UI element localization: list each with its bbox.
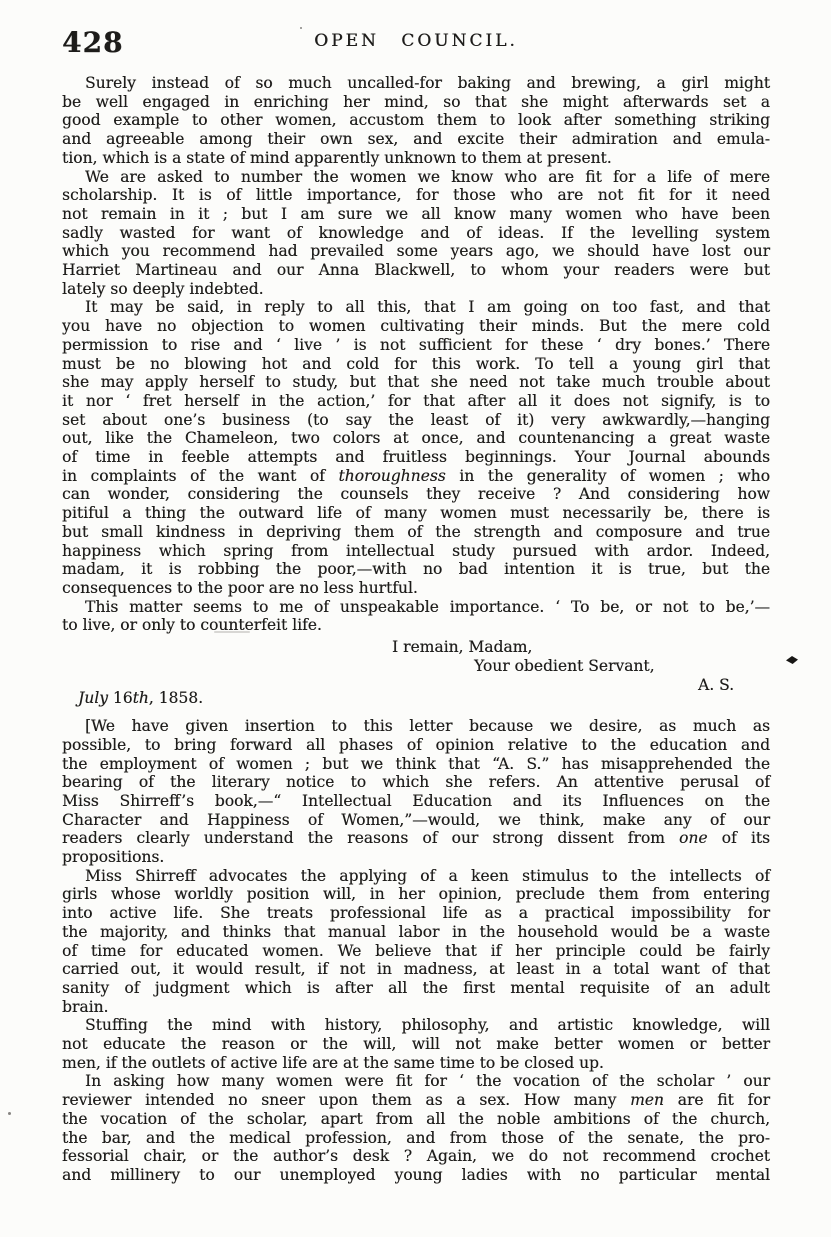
paragraph: This matter seems to me of unspeakable i… <box>62 598 770 635</box>
page-header: 428 OPEN COUNCIL. <box>0 0 831 74</box>
italic-text: thoroughness <box>338 467 445 485</box>
text-line: carried out, it would result, if not in … <box>62 960 770 979</box>
text-line: In asking how many women were fit for ‘ … <box>62 1072 770 1091</box>
paragraph: Surely instead of so much uncalled-for b… <box>62 74 770 168</box>
closing-salutation: I remain, Madam, <box>392 638 770 657</box>
text-line: madam, it is robbing the poor,—with no b… <box>62 560 770 579</box>
text-line: This matter seems to me of unspeakable i… <box>62 598 770 617</box>
text-line: consequences to the poor are no less hur… <box>62 579 770 598</box>
text-line: not educate the reason or the will, will… <box>62 1035 770 1054</box>
text-run: in complaints of the want of <box>62 467 338 485</box>
text-line: reviewer intended no sneer upon them as … <box>62 1091 770 1110</box>
dateline: July 16th, 1858. <box>78 689 770 708</box>
paragraph: In asking how many women were fit for ‘ … <box>62 1072 770 1184</box>
scan-speck <box>300 27 302 29</box>
text-run: of its <box>708 829 770 847</box>
text-run: , 1858. <box>149 689 203 707</box>
text-line: sanity of judgment which is after all th… <box>62 979 770 998</box>
text-line: Character and Happiness of Women,”—would… <box>62 811 770 830</box>
scanned-page: 428 OPEN COUNCIL. Surely instead of so m… <box>0 0 831 1237</box>
italic-text: one <box>679 829 708 847</box>
text-line: into active life. She treats professiona… <box>62 904 770 923</box>
text-line: brain. <box>62 998 770 1017</box>
text-line: permission to rise and ‘ live ’ is not s… <box>62 336 770 355</box>
paragraph: It may be said, in reply to all this, th… <box>62 298 770 597</box>
text-line: tion, which is a state of mind apparentl… <box>62 149 770 168</box>
text-line: but small kindness in depriving them of … <box>62 523 770 542</box>
text-line: bearing of the literary notice to which … <box>62 773 770 792</box>
text-line: not remain in it ; but I am sure we all … <box>62 205 770 224</box>
text-line: of time for educated women. We believe t… <box>62 942 770 961</box>
running-title: OPEN COUNCIL. <box>62 31 770 51</box>
italic-text: men <box>630 1091 664 1109</box>
editor-note: [We have given insertion to this letter … <box>62 717 770 1185</box>
text-line: lately so deeply indebted. <box>62 280 770 299</box>
italic-text: July <box>78 689 108 707</box>
letter-body: Surely instead of so much uncalled-for b… <box>62 74 770 635</box>
text-run: 16 <box>108 689 133 707</box>
text-line: you have no objection to women cultivati… <box>62 317 770 336</box>
text-line: and millinery to our unemployed young la… <box>62 1166 770 1185</box>
text-line: possible, to bring forward all phases of… <box>62 736 770 755</box>
scan-speck <box>8 1112 11 1115</box>
text-line: and agreeable among their own sex, and e… <box>62 130 770 149</box>
closing-valediction: Your obedient Servant, <box>474 657 770 676</box>
text-line: men, if the outlets of active life are a… <box>62 1054 770 1073</box>
text-line: It may be said, in reply to all this, th… <box>62 298 770 317</box>
text-line: be well engaged in enriching her mind, s… <box>62 93 770 112</box>
text-line: the bar, and the medical profession, and… <box>62 1129 770 1148</box>
text-line: Miss Shirreff advocates the applying of … <box>62 867 770 886</box>
text-line: of time in feeble attempts and fruitless… <box>62 448 770 467</box>
text-line: scholarship. It is of little importance,… <box>62 186 770 205</box>
text-line: in complaints of the want of thoroughnes… <box>62 467 770 486</box>
text-line: she may apply herself to study, but that… <box>62 373 770 392</box>
text-run: reviewer intended no sneer upon them as … <box>62 1091 630 1109</box>
text-line: which you recommend had prevailed some y… <box>62 242 770 261</box>
paragraph: Stuffing the mind with history, philosop… <box>62 1016 770 1072</box>
scan-speck <box>214 631 250 633</box>
paragraph: We are asked to number the women we know… <box>62 168 770 299</box>
text-line: [We have given insertion to this letter … <box>62 717 770 736</box>
text-line: Miss Shirreff’s book,—“ Intellectual Edu… <box>62 792 770 811</box>
text-line: can wonder, considering the counsels the… <box>62 485 770 504</box>
text-line: propositions. <box>62 848 770 867</box>
text-line: We are asked to number the women we know… <box>62 168 770 187</box>
text-line: Surely instead of so much uncalled-for b… <box>62 74 770 93</box>
text-line: must be no blowing hot and cold for this… <box>62 355 770 374</box>
text-line: it nor ‘ fret herself in the action,’ fo… <box>62 392 770 411</box>
paragraph: Miss Shirreff advocates the applying of … <box>62 867 770 1017</box>
text-run: in the generality of women ; who <box>446 467 770 485</box>
text-line: out, like the Chameleon, two colors at o… <box>62 429 770 448</box>
text-line: girls whose worldly position will, in he… <box>62 885 770 904</box>
text-line: fessorial chair, or the author’s desk ? … <box>62 1147 770 1166</box>
text-line: good example to other women, accustom th… <box>62 111 770 130</box>
text-column: Surely instead of so much uncalled-for b… <box>62 74 770 1185</box>
text-line: sadly wasted for want of knowledge and o… <box>62 224 770 243</box>
text-line: Harriet Martineau and our Anna Blackwell… <box>62 261 770 280</box>
text-line: the vocation of the scholar, apart from … <box>62 1110 770 1129</box>
text-line: the employment of women ; but we think t… <box>62 755 770 774</box>
text-line: the majority, and thinks that manual lab… <box>62 923 770 942</box>
text-line: to live, or only to counterfeit life. <box>62 616 770 635</box>
italic-text: th <box>133 689 149 707</box>
text-line: pitiful a thing the outward life of many… <box>62 504 770 523</box>
text-run: are fit for <box>664 1091 770 1109</box>
text-line: happiness which spring from intellectual… <box>62 542 770 561</box>
text-line: set about one’s business (to say the lea… <box>62 411 770 430</box>
text-line: readers clearly understand the reasons o… <box>62 829 770 848</box>
ink-blot <box>786 656 798 664</box>
text-line: Stuffing the mind with history, philosop… <box>62 1016 770 1035</box>
paragraph: [We have given insertion to this letter … <box>62 717 770 867</box>
letter-closing: I remain, Madam, Your obedient Servant, … <box>62 638 770 708</box>
text-run: readers clearly understand the reasons o… <box>62 829 679 847</box>
